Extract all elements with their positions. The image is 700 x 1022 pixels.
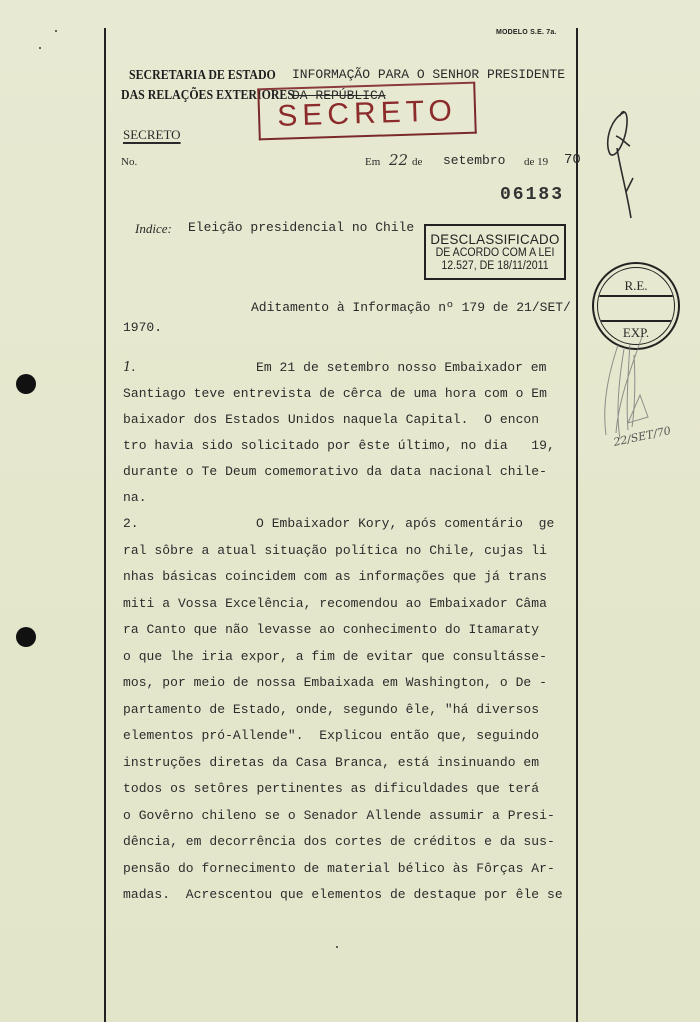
paragraph-line: baixador dos Estados Unidos naquela Capi… [123,412,539,427]
subject-line2: 1970. [123,320,162,335]
registry-stamp-divider [598,320,674,322]
organization-line1: SECRETARIA DE ESTADO [129,67,276,83]
secreto-stamp: SECRETO [257,82,477,141]
document-number: 06183 [500,185,564,205]
paragraph-line: nhas básicas coincidem com as informaçõe… [123,569,547,584]
secreto-stamp-text: SECRETO [277,94,457,134]
number-label: No. [121,156,137,168]
registry-stamp-divider [598,295,674,297]
punch-hole-top [16,374,36,394]
declassified-stamp-date: 12.527, DE 18/11/2011 [432,260,559,273]
paragraph-line: todos os setôres pertinentes as dificuld… [123,781,539,796]
paragraph-line: na. [123,490,147,505]
paragraph-line: dência, em decorrência dos cortes de cré… [123,834,555,849]
paragraph-line: Santiago teve entrevista de cêrca de uma… [123,386,547,401]
paragraph-number: 1. [123,360,135,375]
paragraph-line: o Govêrno chileno se o Senador Allende a… [123,808,555,823]
paragraph-line: ral sôbre a atual situação política no C… [123,543,547,558]
left-margin-rule [104,28,106,1022]
paragraph-line: instruções diretas da Casa Branca, está … [123,755,539,770]
signature-initials-icon [600,108,640,226]
paragraph-line: Em 21 de setembro nosso Embaixador em [256,360,547,375]
date-month: setembro [443,153,505,168]
punch-hole-bottom [16,627,36,647]
right-margin-rule [576,28,578,1022]
paragraph-line: durante o Te Deum comemorativo da data n… [123,464,547,479]
paragraph-line: elementos pró-Allende". Explicou então q… [123,728,539,743]
paragraph-line: miti a Vossa Excelência, recomendou ao E… [123,596,547,611]
date-year-prefix: de 19 [524,156,548,168]
paragraph-line: madas. Acrescentou que elementos de dest… [123,887,563,902]
paragraph-line: mos, por meio de nossa Embaixada em Wash… [123,675,547,690]
document-page: MODELO S.E. 7a. SECRETARIA DE ESTADO DAS… [0,0,700,1022]
classification-label: SECRETO [123,127,181,143]
paragraph-line: ra Canto que não levasse ao conhecimento… [123,622,539,637]
paper-speck [55,30,57,32]
date-de: de [412,156,422,168]
registry-stamp-top: R.E. [598,278,674,294]
declassified-stamp-law: DE ACORDO COM A LEI [432,247,559,260]
date-year-suffix: 70 [564,152,581,168]
declassified-stamp: DESCLASSIFICADO DE ACORDO COM A LEI 12.5… [424,224,566,280]
date-prefix: Em [365,156,380,168]
paragraph-line: tro havia sido solicitado por êste últim… [123,438,555,453]
index-label: Indice: [135,221,172,237]
declassified-stamp-title: DESCLASSIFICADO [429,232,560,247]
model-code: MODELO S.E. 7a. [496,29,557,36]
paper-speck [39,47,41,49]
paragraph-line: partamento de Estado, onde, segundo êle,… [123,702,539,717]
paper-speck [336,946,338,948]
subject-line1: Aditamento à Informação nº 179 de 21/SET… [251,300,571,315]
paragraph-line: o que lhe iria expor, a fim de evitar qu… [123,649,547,664]
paragraph-number: 2. [123,516,139,531]
paragraph-line: O Embaixador Kory, após comentário ge [256,516,554,531]
index-value: Eleição presidencial no Chile [188,220,414,235]
date-day: 22 [389,151,408,169]
paragraph-line: pensão do fornecimento de material bélic… [123,861,555,876]
document-title-line1: INFORMAÇÃO PARA O SENHOR PRESIDENTE [292,67,565,82]
